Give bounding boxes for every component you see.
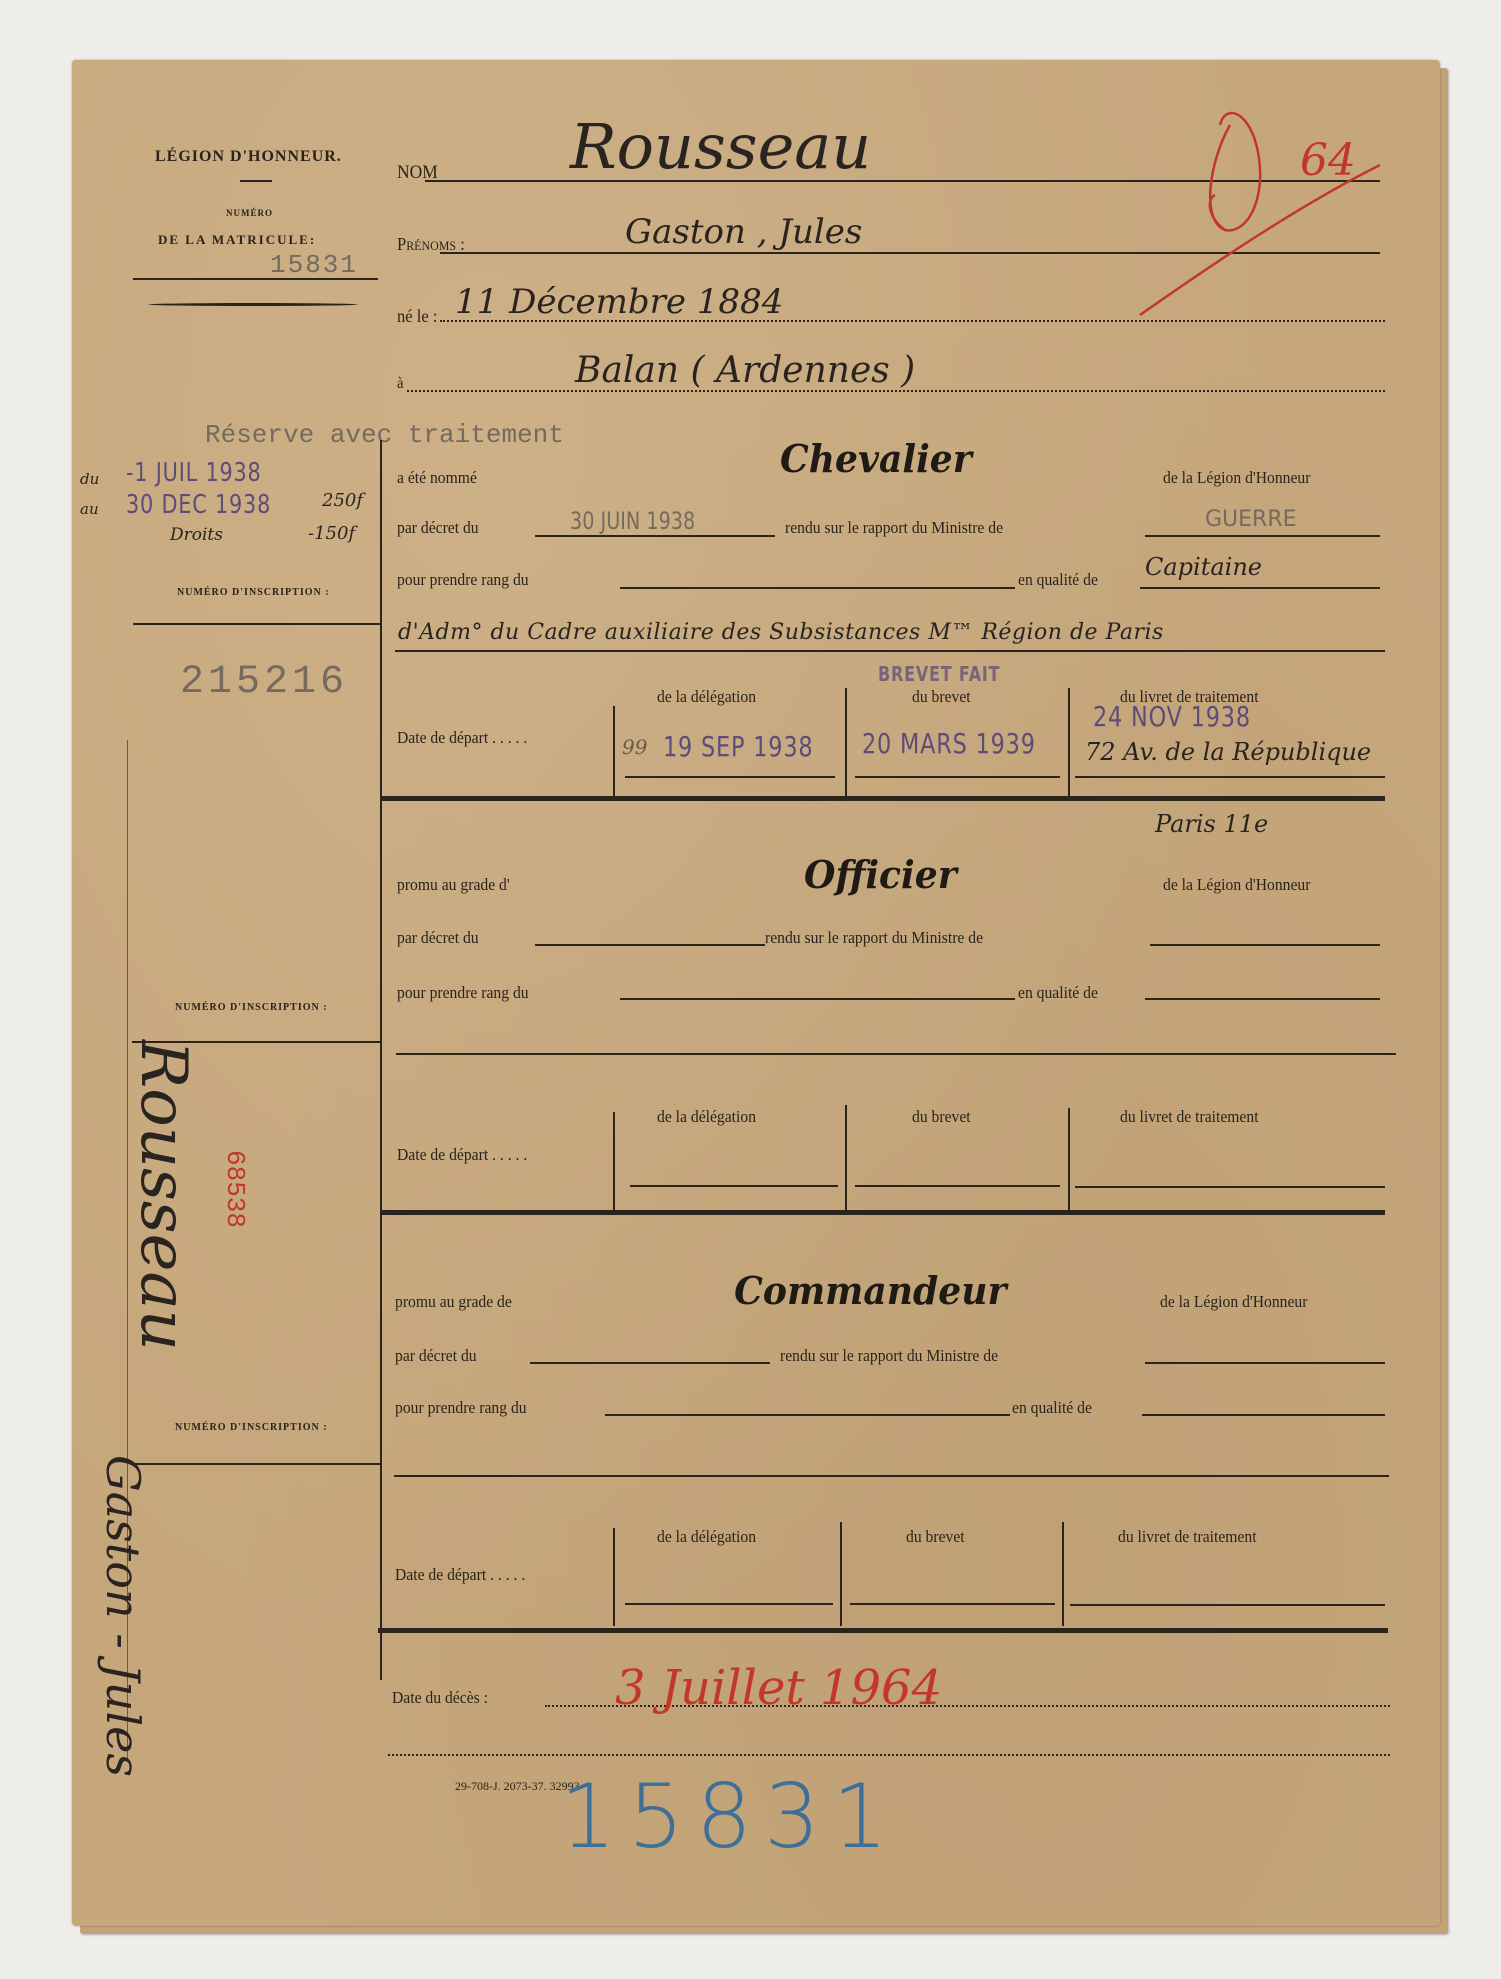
address-line-1: 72 Av. de la République — [1085, 738, 1371, 766]
chevalier-livret-value: 24 NOV 1938 — [1093, 700, 1251, 733]
officier-qualite-label: en qualité de — [1018, 983, 1098, 1003]
officier-col-divider-2 — [1068, 1108, 1070, 1210]
commandeur-suffix: de la Légion d'Honneur — [1160, 1292, 1307, 1312]
commandeur-rang-label: pour prendre rang du — [395, 1398, 527, 1418]
commandeur-depart-brace — [613, 1528, 615, 1626]
inscription-label-3: NUMÉRO D'INSCRIPTION : — [175, 1422, 328, 1433]
commandeur-rapport-label: rendu sur le rapport du Ministre de — [780, 1346, 998, 1366]
chevalier-suffix: de la Légion d'Honneur — [1163, 468, 1310, 488]
droits-label: Droits — [170, 525, 223, 545]
nom-value: Rousseau — [570, 110, 871, 183]
deces-line-2 — [388, 1754, 1390, 1756]
officier-col-delegation: de la délégation — [657, 1107, 756, 1127]
chevalier-qualite-value-2: d'Adm° du Cadre auxiliaire des Subsistan… — [398, 620, 1164, 645]
vertical-firstnames: Gaston - Jules — [96, 1455, 150, 1777]
commandeur-qualite-line-2 — [394, 1475, 1389, 1477]
officier-rang-line — [620, 998, 1015, 1000]
reserve-stamp: Réserve avec traitement — [205, 420, 564, 450]
chevalier-ministre-line — [1145, 535, 1380, 537]
grade-officier: Officier — [804, 852, 957, 897]
chevalier-rang-label: pour prendre rang du — [397, 570, 529, 590]
grade-chevalier: Chevalier — [780, 436, 972, 481]
deces-label: Date du décès : — [392, 1688, 488, 1708]
officier-depart-brace — [613, 1112, 615, 1210]
chevalier-intro: a été nommé — [397, 468, 477, 488]
section-divider-3 — [378, 1628, 1388, 1633]
au-label: au — [80, 500, 99, 518]
commandeur-col-brevet: du brevet — [906, 1527, 965, 1547]
section-divider-2 — [380, 1210, 1385, 1215]
blue-number: 15831 — [560, 1765, 900, 1868]
chevalier-qualite-label: en qualité de — [1018, 570, 1098, 590]
birthplace-value: Balan ( Ardennes ) — [575, 350, 915, 391]
brevet-fait-stamp: BREVET FAIT — [878, 662, 1000, 686]
grade-commandeur: Commandeur — [734, 1268, 1006, 1313]
matricule-value: 15831 — [270, 250, 358, 280]
officier-decret-label: par décret du — [397, 928, 479, 948]
commandeur-col-livret: du livret de traitement — [1118, 1527, 1257, 1547]
officier-qualite-line — [1145, 998, 1380, 1000]
ne-le-value: 11 Décembre 1884 — [455, 282, 783, 322]
officier-suffix: de la Légion d'Honneur — [1163, 875, 1310, 895]
inscription-label-1: NUMÉRO D'INSCRIPTION : — [177, 587, 330, 598]
chevalier-depart-label: Date de départ . . . . . — [397, 728, 527, 748]
officier-ministre-line — [1150, 944, 1380, 946]
officier-delegation-line — [630, 1185, 838, 1187]
commandeur-brevet-line — [850, 1603, 1055, 1605]
vertical-surname: Rousseau — [126, 1040, 200, 1351]
inscription-rule-1 — [133, 623, 381, 625]
deces-value: 3 Juillet 1964 — [615, 1660, 942, 1716]
svg-text:64: 64 — [1300, 135, 1356, 186]
commandeur-rang-line — [605, 1414, 1010, 1416]
chevalier-qualite-line-2 — [395, 650, 1385, 652]
officier-rapport-label: rendu sur le rapport du Ministre de — [765, 928, 983, 948]
chevalier-col-divider-1 — [845, 688, 847, 798]
address-line-2: Paris 11e — [1155, 810, 1268, 838]
officier-decret-line — [535, 944, 765, 946]
officier-intro: promu au grade d' — [397, 875, 510, 895]
commandeur-livret-line — [1070, 1604, 1385, 1606]
matricule-rule — [133, 278, 378, 280]
officier-rang-label: pour prendre rang du — [397, 983, 529, 1003]
commandeur-col-divider-2 — [1062, 1522, 1064, 1626]
date-from-stamp: -1 JUIL 1938 — [126, 458, 262, 488]
chevalier-ministre-value: GUERRE — [1205, 507, 1297, 532]
a-label: à — [397, 375, 404, 393]
legion-honneur-title: LÉGION D'HONNEUR. — [155, 148, 342, 166]
chevalier-brevet-line — [855, 776, 1060, 778]
commandeur-qualite-line — [1142, 1414, 1385, 1416]
document-sheet — [72, 60, 1440, 1926]
chevalier-rapport-label: rendu sur le rapport du Ministre de — [785, 518, 1003, 538]
chevalier-decret-value: 30 JUIN 1938 — [570, 507, 695, 535]
ne-le-label: né le : — [397, 306, 437, 327]
officier-col-brevet: du brevet — [912, 1107, 971, 1127]
inscription-label-2: NUMÉRO D'INSCRIPTION : — [175, 1002, 328, 1013]
commandeur-col-delegation: de la délégation — [657, 1527, 756, 1547]
chevalier-qualite-line — [1140, 587, 1380, 589]
amount-1: 250f — [322, 490, 363, 511]
numero-label: NUMÉRO — [226, 208, 273, 218]
inscription-value-1: 215216 — [180, 660, 348, 705]
section-divider-1 — [380, 796, 1385, 801]
officier-col-livret: du livret de traitement — [1120, 1107, 1259, 1127]
chevalier-depart-brace — [613, 706, 615, 798]
inscription-rule-3 — [132, 1463, 380, 1465]
chevalier-delegation-value: 19 SEP 1938 — [663, 730, 813, 763]
commandeur-decret-label: par décret du — [395, 1346, 477, 1366]
main-brace-line — [380, 440, 382, 1680]
chevalier-livret-line — [1075, 776, 1385, 778]
officier-livret-line — [1075, 1186, 1385, 1188]
commandeur-qualite-label: en qualité de — [1012, 1398, 1092, 1418]
commandeur-intro: promu au grade de — [395, 1292, 512, 1312]
delegation-prefix: 99 — [622, 735, 647, 759]
chevalier-delegation-line — [625, 776, 835, 778]
commandeur-delegation-line — [625, 1603, 833, 1605]
du-label: du — [80, 470, 99, 488]
officier-col-divider-1 — [845, 1105, 847, 1210]
red-annotation-mark: 64 — [1130, 100, 1410, 330]
commandeur-ministre-line — [1145, 1362, 1385, 1364]
commandeur-decret-line — [530, 1362, 770, 1364]
chevalier-decret-line — [535, 535, 775, 537]
matricule-label: DE LA MATRICULE: — [158, 232, 316, 248]
officier-qualite-line-2 — [396, 1053, 1396, 1055]
officier-brevet-line — [855, 1185, 1060, 1187]
chevalier-decret-label: par décret du — [397, 518, 479, 538]
commandeur-depart-label: Date de départ . . . . . — [395, 1565, 525, 1585]
chevalier-col-divider-2 — [1068, 688, 1070, 798]
officier-depart-label: Date de départ . . . . . — [397, 1145, 527, 1165]
chevalier-col-delegation: de la délégation — [657, 687, 756, 707]
prenoms-value: Gaston , Jules — [625, 212, 862, 252]
amount-2: -150f — [308, 523, 355, 544]
chevalier-qualite-value: Capitaine — [1145, 553, 1262, 581]
red-number-vertical: 68538 — [220, 1150, 250, 1228]
date-to-stamp: 30 DEC 1938 — [126, 490, 271, 520]
ornament-rule — [148, 303, 358, 306]
title-rule — [240, 180, 272, 182]
chevalier-col-brevet: du brevet — [912, 687, 971, 707]
commandeur-col-divider-1 — [840, 1522, 842, 1626]
chevalier-brevet-value: 20 MARS 1939 — [862, 727, 1036, 760]
chevalier-rang-line — [620, 587, 1015, 589]
